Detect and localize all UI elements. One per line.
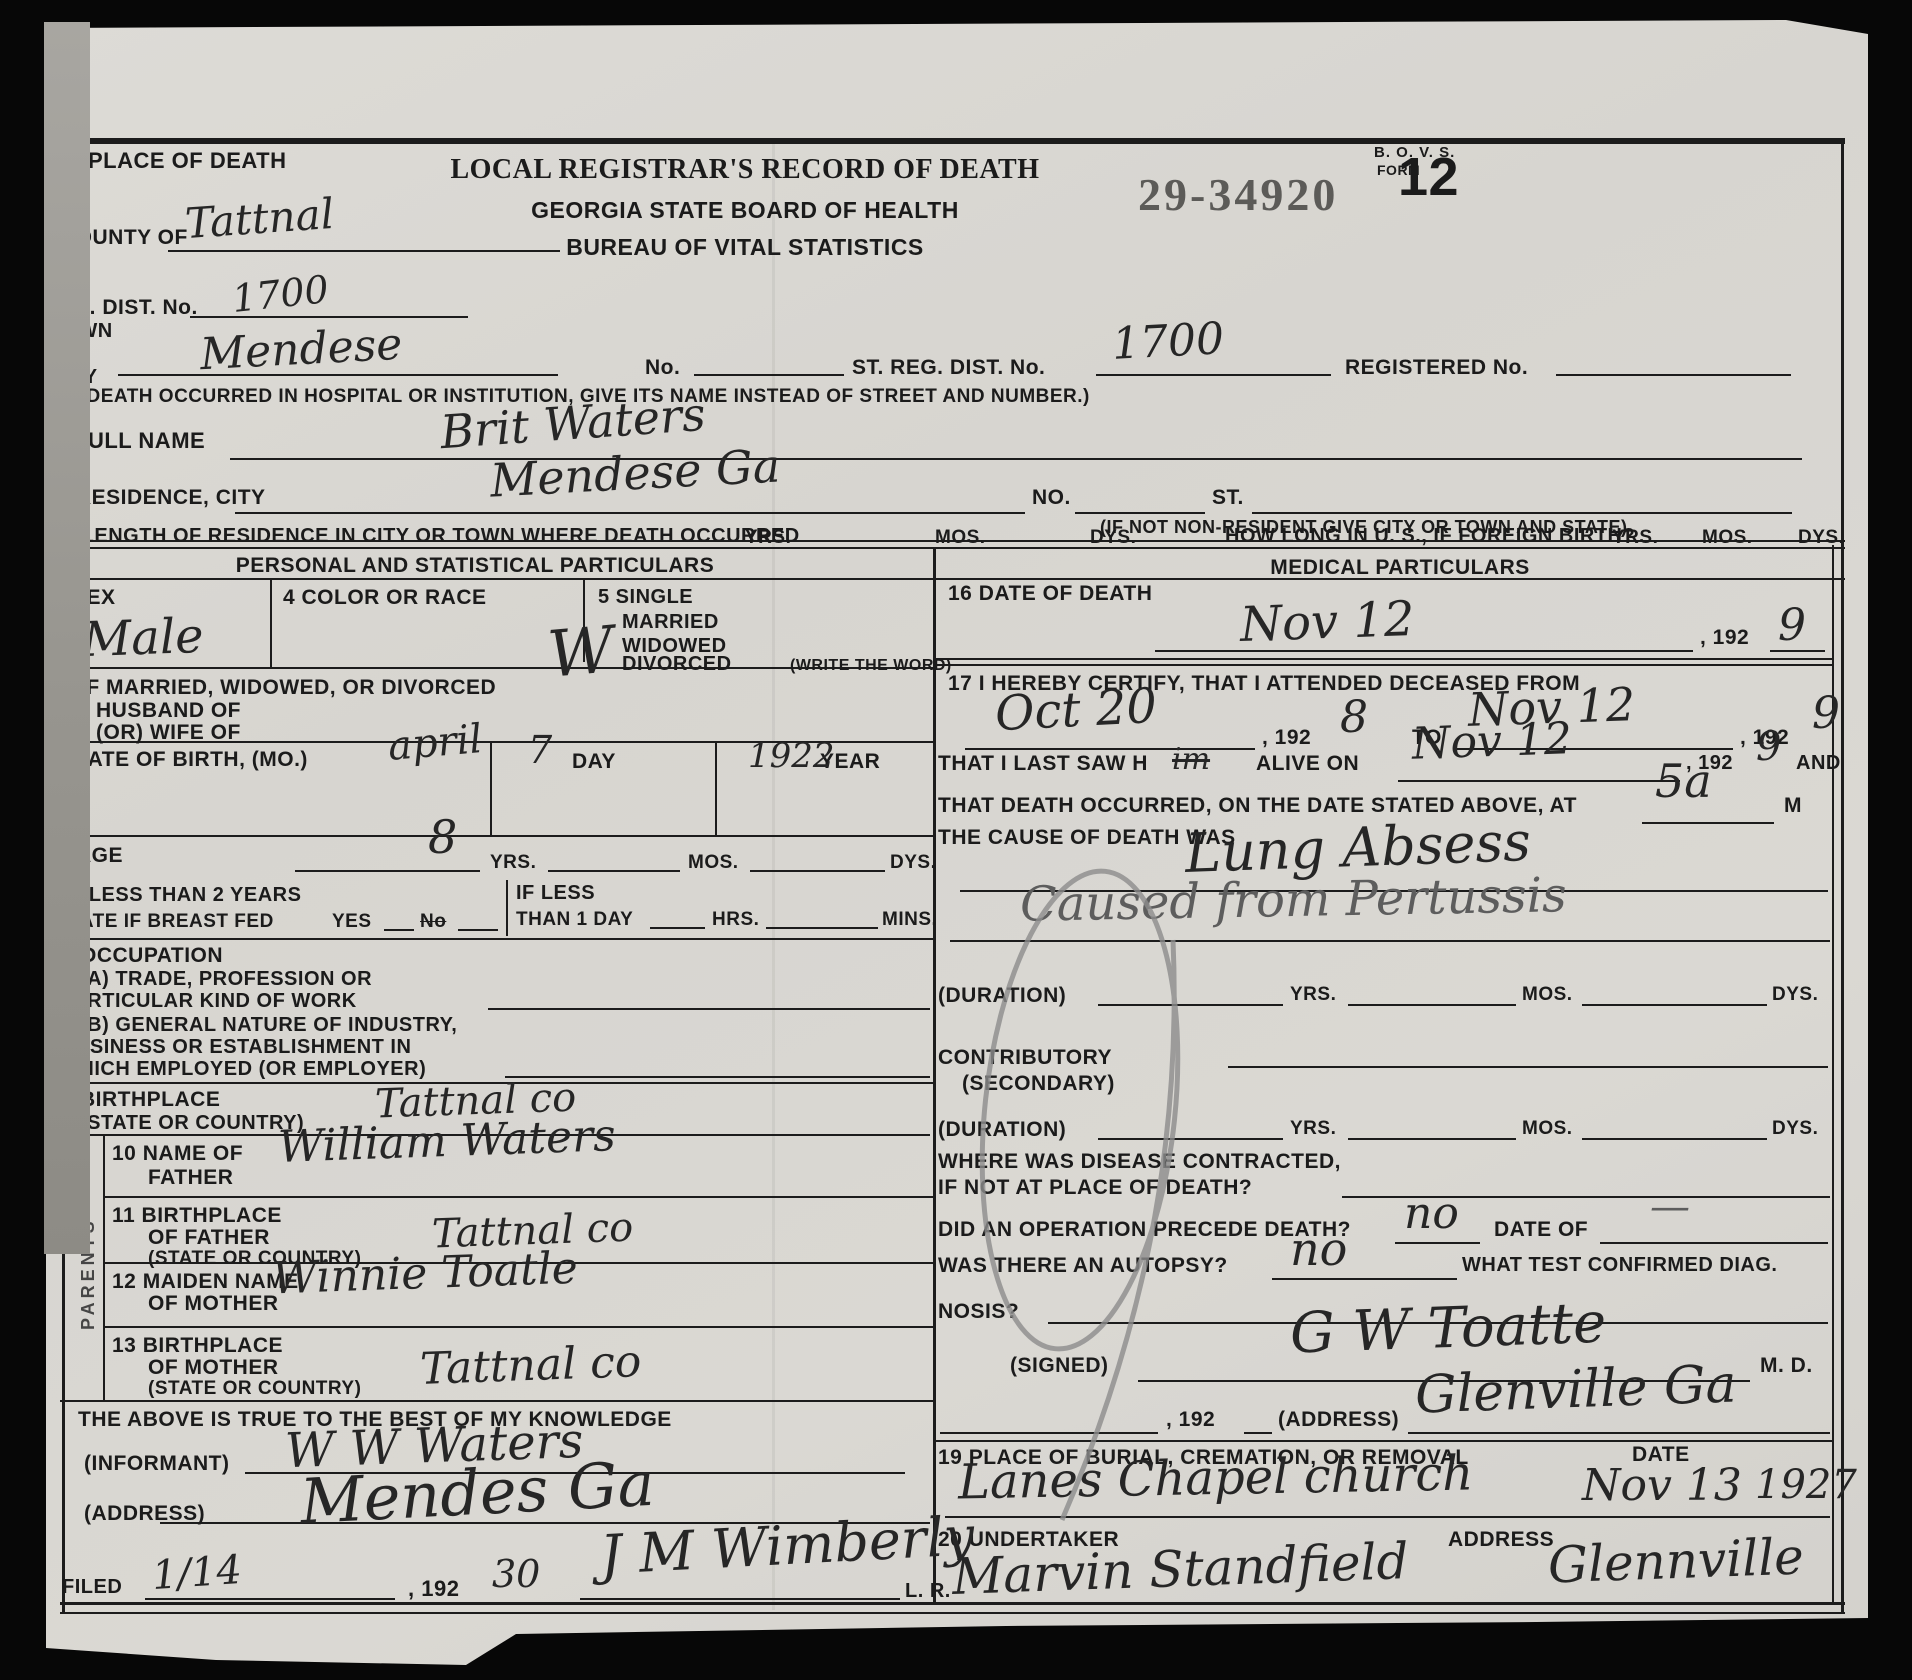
dys-label: DYS. (1090, 527, 1136, 549)
dob-year-value: 1922 (748, 736, 835, 776)
county-value: Tattnal (183, 189, 335, 248)
st-reg-dist-value: 1700 (1111, 313, 1226, 370)
mos-label-2: MOS. (1702, 527, 1753, 549)
from-year-hand: 8 (1340, 692, 1368, 743)
personal-section-header: PERSONAL AND STATISTICAL PARTICULARS (150, 554, 800, 578)
form-subtitle-2: BUREAU OF VITAL STATISTICS (415, 234, 1075, 261)
wife-of-label: (OR) WIFE OF (96, 721, 241, 745)
yrs-label-2: YRS. (1612, 527, 1658, 549)
mother-birthplace-value: Tattnal co (419, 1336, 642, 1395)
right-border (1841, 138, 1844, 1612)
burial-date-value: Nov 13 (1582, 1460, 1742, 1511)
mos-label: MOS. (935, 527, 986, 549)
form-subtitle-1: GEORGIA STATE BOARD OF HEALTH (415, 197, 1075, 224)
city-value: Mendese (199, 319, 404, 381)
form-word-vertical: FORM (1377, 164, 1391, 177)
undertaker-address-label: ADDRESS (1448, 1528, 1554, 1552)
age-yrs-label: YRS. (490, 852, 536, 874)
father-birthplace-label-1: 11 BIRTHPLACE (112, 1204, 282, 1228)
dob-day-value: 7 (528, 728, 552, 772)
occupation-a-label-2: PARTICULAR KIND OF WORK (60, 990, 357, 1013)
form-title: LOCAL REGISTRAR'S RECORD OF DEATH (415, 154, 1075, 186)
husband-of-label: HUSBAND OF (96, 699, 241, 723)
mins-label: MINS. (882, 909, 937, 931)
birthplace-label: BIRTHPLACE (80, 1088, 220, 1112)
color-race-value: W (545, 613, 617, 692)
st-reg-dist-label: ST. REG. DIST. No. (852, 356, 1045, 380)
residence-label: RESIDENCE, CITY (76, 486, 266, 510)
than-1-day-label: THAN 1 DAY (516, 909, 633, 931)
filed-label: FILED (62, 1576, 122, 1599)
marital-note: (WRITE THE WORD) (790, 657, 952, 675)
mother-name-label-1: 12 MAIDEN NAME (112, 1270, 299, 1294)
dod-year-hand: 9 (1778, 600, 1806, 651)
duration-mos-2: MOS. (1522, 1118, 1573, 1140)
mother-name-label-2: OF MOTHER (148, 1292, 279, 1316)
residence-no-label: NO. (1032, 486, 1071, 510)
registered-no-label: REGISTERED No. (1345, 356, 1528, 380)
death-time-value: 5a (1655, 754, 1712, 808)
physician-address-value: Glenville Ga (1414, 1354, 1737, 1425)
mother-birthplace-label-2: OF MOTHER (148, 1356, 279, 1380)
occupation-a-label-1: (A) TRADE, PROFESSION OR (80, 968, 372, 991)
father-birthplace-label-2: OF FATHER (148, 1226, 270, 1250)
occupation-label: OCCUPATION (80, 944, 223, 968)
meridian-label: M (1784, 794, 1802, 818)
medical-section-header: MEDICAL PARTICULARS (1150, 556, 1650, 580)
date-of-death-value: Nov 12 (1239, 591, 1415, 653)
tape-strip (44, 22, 90, 1254)
undertaker-address-value: Glennville (1547, 1528, 1805, 1595)
dob-month-value: april (386, 716, 484, 770)
how-long-label: HOW LONG IN U. S., IF FOREIGN BIRTH? (1225, 525, 1635, 548)
duration-dys-2: DYS. (1772, 1118, 1818, 1140)
mother-name-value: Winnie Toatle (271, 1243, 578, 1305)
to-year-hand: 9 (1812, 688, 1840, 739)
date-of-death-label: 16 DATE OF DEATH (948, 582, 1152, 606)
fold-crease (772, 140, 775, 1610)
mother-birthplace-label-1: 13 BIRTHPLACE (112, 1334, 283, 1358)
top-border (60, 138, 1845, 144)
duration-yrs-1: YRS. (1290, 984, 1336, 1006)
dys-label-2: DYS. (1798, 527, 1844, 549)
birthplace-state-note: (STATE OR COUNTRY) (80, 1112, 304, 1135)
residence-st-label: ST. (1212, 486, 1244, 510)
filed-date-value: 1/14 (151, 1547, 244, 1599)
informant-address-label: (ADDRESS) (84, 1502, 205, 1526)
physician-signature: G W Toatte (1289, 1291, 1607, 1367)
pencil-digit-9-overlay (930, 820, 1290, 1540)
breast-fed-yes-label: YES (332, 911, 372, 933)
father-name-label-1: 10 NAME OF (112, 1142, 243, 1166)
color-race-label: 4 COLOR OR RACE (283, 586, 487, 610)
length-of-residence-label: 3 LENGTH OF RESIDENCE IN CITY OR TOWN WH… (64, 525, 800, 548)
sex-value: Male (81, 608, 204, 668)
marital-divorced-label: DIVORCED (622, 653, 732, 676)
age-value: 8 (428, 810, 457, 864)
street-no-label: No. (645, 356, 680, 380)
autopsy-value: no (1290, 1222, 1347, 1276)
day-label: DAY (572, 750, 616, 774)
operation-date-label: DATE OF (1494, 1218, 1588, 1242)
marital-married-label: MARRIED (622, 611, 719, 634)
age-mos-label: MOS. (688, 852, 739, 874)
certificate-number-stamp: 29-34920 (1138, 168, 1338, 221)
physician-address-label: (ADDRESS) (1278, 1408, 1399, 1432)
lr-label: L. R. (905, 1580, 951, 1603)
attended-from-value: Oct 20 (994, 678, 1159, 742)
informant-label: (INFORMANT) (84, 1452, 229, 1476)
marital-single-label: 5 SINGLE (598, 586, 693, 609)
father-name-label-2: FATHER (148, 1166, 233, 1190)
dob-label: DATE OF BIRTH, (MO.) (72, 748, 308, 772)
and-label: AND (1796, 752, 1841, 775)
place-of-death-label: PLACE OF DEATH (88, 148, 286, 174)
last-saw-date-value: Nov 12 (1411, 713, 1573, 770)
yrs-label: YRS. (745, 527, 791, 549)
breast-fed-no-struck: No (420, 911, 446, 933)
scanned-death-certificate: PLACE OF DEATH LOCAL REGISTRAR'S RECORD … (0, 0, 1912, 1680)
operation-value: no (1404, 1188, 1459, 1239)
dod-year-printed: , 192 (1700, 626, 1749, 650)
last-saw-year-hand: 9 (1756, 724, 1781, 770)
hrs-label: HRS. (712, 909, 759, 931)
occupation-b-label-1: (B) GENERAL NATURE OF INDUSTRY, (80, 1014, 457, 1037)
mother-birthplace-label-3: (STATE OR COUNTRY) (148, 1378, 361, 1400)
filed-year-printed: , 192 (408, 1576, 459, 1602)
last-saw-hand-struck: im (1172, 742, 1210, 777)
filed-year-hand: 30 (492, 1552, 540, 1596)
last-saw-label: THAT I LAST SAW H (938, 752, 1148, 776)
form-number: 12 (1398, 146, 1459, 208)
full-name-label: FULL NAME (74, 428, 205, 454)
occupation-b-label-2: BUSINESS OR ESTABLISHMENT IN (60, 1036, 411, 1059)
operation-date-value: — (1650, 1184, 1690, 1230)
less-than-2-label: IF LESS THAN 2 YEARS (64, 884, 301, 907)
burial-year-value: 1927 (1755, 1462, 1857, 1508)
if-married-note: IF MARRIED, WIDOWED, OR DIVORCED (80, 676, 496, 700)
duration-mos-1: MOS. (1522, 984, 1573, 1006)
alive-on-label: ALIVE ON (1256, 752, 1359, 776)
md-label: M. D. (1760, 1354, 1813, 1378)
from-year-printed: , 192 (1262, 726, 1311, 750)
bottom-border-2 (60, 1612, 1845, 1614)
if-less-label: IF LESS (516, 882, 595, 905)
occupation-b-label-3: WHICH EMPLOYED (OR EMPLOYER) (60, 1058, 426, 1081)
test-confirmed-label: WHAT TEST CONFIRMED DIAG. (1462, 1254, 1777, 1277)
duration-yrs-2: YRS. (1290, 1118, 1336, 1140)
duration-dys-1: DYS. (1772, 984, 1818, 1006)
